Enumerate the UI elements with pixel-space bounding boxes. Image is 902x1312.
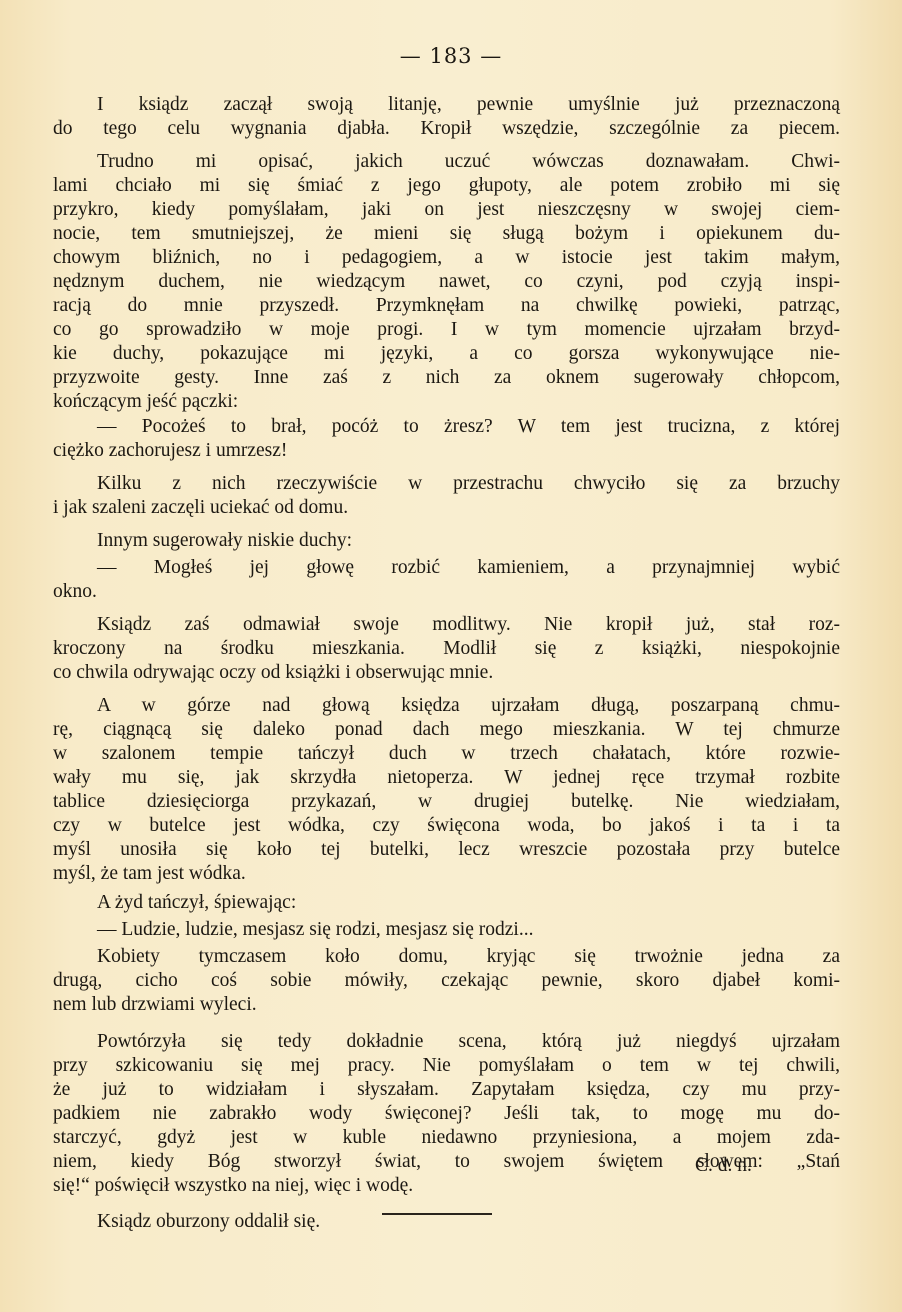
text-line: Kobiety tymczasem koło domu, kryjąc się …	[97, 944, 840, 970]
text-line: nem lub drzwiami wyleci.	[53, 992, 257, 1018]
text-line: co chwila odrywając oczy od książki i ob…	[53, 660, 493, 686]
text-line: do tego celu wygnania djabła. Kropił wsz…	[53, 116, 840, 142]
text-line: kie duchy, pokazujące mi języki, a co go…	[53, 341, 840, 367]
text-line: nędznym duchem, nie wiedzącym nawet, co …	[53, 269, 840, 295]
text-line: Kilku z nich rzeczywiście w przestrachu …	[97, 471, 840, 497]
text-line: przyzwoite gesty. Inne zaś z nich za okn…	[53, 365, 840, 391]
text-line: padkiem nie zabrakło wody święconej? Jeś…	[53, 1101, 840, 1127]
text-line: wały mu się, jak skrzydła nietoperza. W …	[53, 765, 840, 791]
text-line: rę, ciągnącą się daleko ponad dach mego …	[53, 717, 840, 743]
text-line: myśl unosiła się koło tej butelki, lecz …	[53, 837, 840, 863]
text-line: się!“ poświęcił wszystko na niej, więc i…	[53, 1173, 413, 1199]
text-line: ciężko zachorujesz i umrzesz!	[53, 438, 287, 464]
text-line: — Mogłeś jej głowę rozbić kamieniem, a p…	[97, 555, 840, 581]
text-line: Innym sugerowały niskie duchy:	[97, 528, 352, 554]
text-line: A żyd tańczył, śpiewając:	[97, 890, 296, 916]
text-line: drugą, cicho coś sobie mówiły, czekając …	[53, 968, 840, 994]
text-line: czy w butelce jest wódka, czy święcona w…	[53, 813, 840, 839]
text-line: Ksiądz zaś odmawiał swoje modlitwy. Nie …	[97, 612, 840, 638]
text-line: lami chciało mi się śmiać z jego głupoty…	[53, 173, 840, 199]
text-line: co go sprowadziło w moje progi. I w tym …	[53, 317, 840, 343]
text-line: Ksiądz oburzony oddalił się.	[97, 1209, 320, 1235]
text-line: racją do mnie przyszedł. Przymknęłam na …	[53, 293, 840, 319]
text-line: kończącym jeść pączki:	[53, 389, 238, 415]
text-line: starczyć, gdyż jest w kuble niedawno prz…	[53, 1125, 840, 1151]
text-line: okno.	[53, 579, 97, 605]
end-rule	[382, 1213, 492, 1215]
text-line: — Ludzie, ludzie, mesjasz się rodzi, mes…	[97, 917, 533, 943]
text-line: myśl, że tam jest wódka.	[53, 861, 246, 887]
text-line: przy szkicowaniu się mej pracy. Nie pomy…	[53, 1053, 840, 1079]
text-line: tablice dziesięciorga przykazań, w drugi…	[53, 789, 840, 815]
text-line: — Pocożeś to brał, pocóż to żresz? W tem…	[97, 414, 840, 440]
page-number: — 183 —	[0, 44, 902, 68]
text-line: I ksiądz zaczął swoją litanję, pewnie um…	[97, 92, 840, 118]
continued-mark: C. d. n.	[695, 1153, 752, 1179]
text-line: A w górze nad głową księdza ujrzałam dłu…	[97, 693, 840, 719]
text-line: przykro, kiedy pomyślałam, jaki on jest …	[53, 197, 840, 223]
text-line: Powtórzyła się tedy dokładnie scena, któ…	[97, 1029, 840, 1055]
text-line: że już to widziałam i słyszałam. Zapytał…	[53, 1077, 840, 1103]
text-line: chowym bliźnich, no i pedagogiem, a w is…	[53, 245, 840, 271]
text-line: i jak szaleni zaczęli uciekać od domu.	[53, 495, 348, 521]
text-line: Trudno mi opisać, jakich uczuć wówczas d…	[97, 149, 840, 175]
text-line: nocie, tem smutniejszej, że mieni się sł…	[53, 221, 840, 247]
text-line: kroczony na środku mieszkania. Modlił si…	[53, 636, 840, 662]
text-line: w szalonem tempie tańczył duch w trzech …	[53, 741, 840, 767]
